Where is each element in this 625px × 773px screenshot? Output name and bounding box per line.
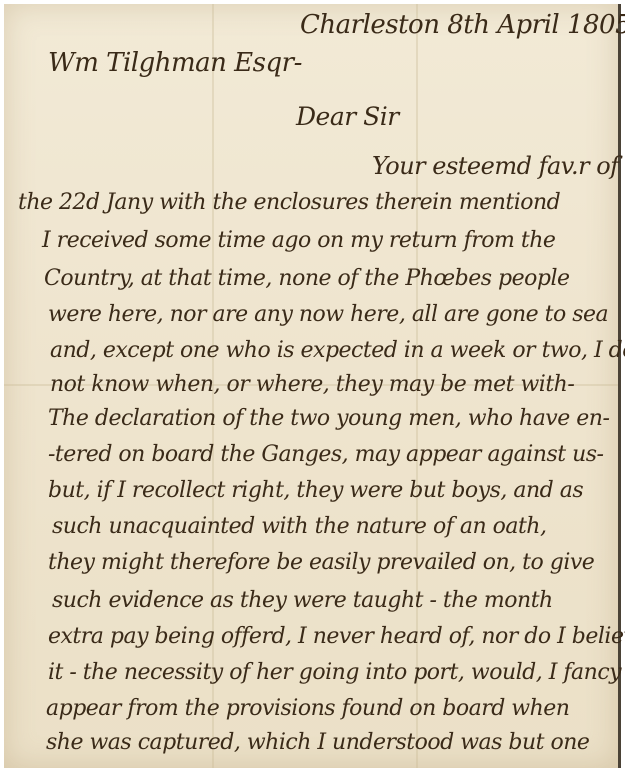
body-line: not know when, or where, they may be met…: [50, 372, 574, 397]
body-line: appear from the provisions found on boar…: [46, 696, 569, 721]
opening-line: Your esteemd fav.r of: [372, 152, 619, 180]
body-line: -tered on board the Ganges, may appear a…: [48, 442, 603, 467]
letter-page: Charleston 8th April 1805 Wm Tilghman Es…: [4, 4, 621, 768]
body-line: Country, at that time, none of the Phœbe…: [44, 266, 570, 291]
body-line: I received some time ago on my return fr…: [42, 228, 555, 253]
body-line: they might therefore be easily prevailed…: [48, 550, 594, 575]
body-line: and, except one who is expected in a wee…: [50, 338, 625, 363]
body-line: she was captured, which I understood was…: [46, 730, 589, 755]
body-line: the 22d Jany with the enclosures therein…: [18, 190, 560, 215]
body-line: such unacquainted with the nature of an …: [52, 514, 546, 539]
dateline: Charleston 8th April 1805: [300, 10, 625, 40]
addressee: Wm Tilghman Esqr-: [48, 48, 302, 78]
body-line: The declaration of the two young men, wh…: [48, 406, 609, 431]
salutation: Dear Sir: [296, 102, 399, 131]
body-line: extra pay being offerd, I never heard of…: [48, 624, 625, 649]
body-line: it - the necessity of her going into por…: [48, 660, 621, 685]
body-line: such evidence as they were taught - the …: [52, 588, 553, 613]
body-line: were here, nor are any now here, all are…: [48, 302, 608, 327]
body-line: but, if I recollect right, they were but…: [48, 478, 583, 503]
